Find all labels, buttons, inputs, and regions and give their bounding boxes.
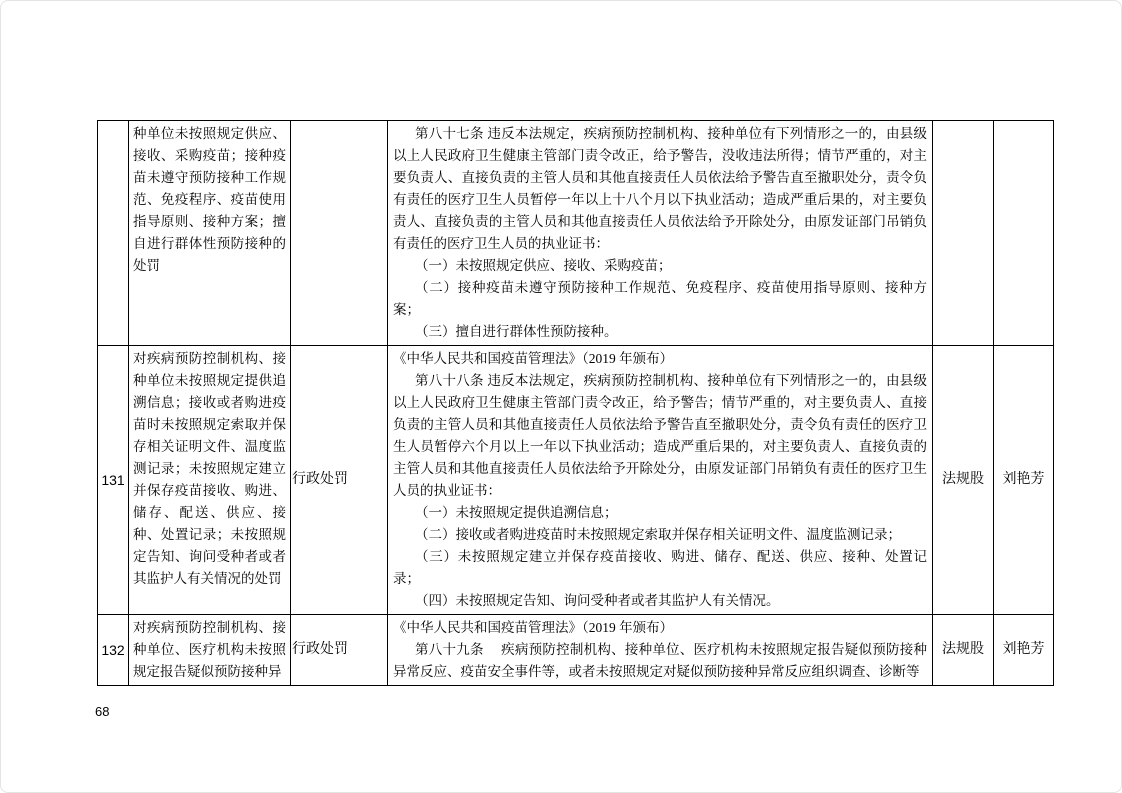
- penalty-table: 种单位未按照规定供应、接收、采购疫苗；接种疫苗未遵守预防接种工作规范、免疫程序、…: [97, 120, 1054, 686]
- legal-basis-paragraph: （三）未按照规定建立并保存疫苗接收、购进、储存、配送、供应、接种、处置记录；: [393, 546, 927, 590]
- person-cell: 刘艳芳: [994, 346, 1054, 615]
- penalty-table-body: 种单位未按照规定供应、接收、采购疫苗；接种疫苗未遵守预防接种工作规范、免疫程序、…: [98, 121, 1054, 686]
- legal-basis-paragraph: （一）未按照规定供应、接收、采购疫苗；: [393, 255, 927, 277]
- legal-basis-cell: 《中华人民共和国疫苗管理法》（2019 年颁布）第八十九条 疾病预防控制机构、接…: [388, 615, 933, 686]
- penalty-type-cell: 行政处罚: [291, 346, 388, 615]
- legal-basis-paragraph: 《中华人民共和国疫苗管理法》（2019 年颁布）: [393, 348, 927, 370]
- legal-basis-paragraph: 第八十七条 违反本法规定，疾病预防控制机构、接种单位有下列情形之一的，由县级以上…: [393, 123, 927, 255]
- violation-cell: 对疾病预防控制机构、接种单位未按照规定提供追溯信息；接收或者购进疫苗时未按照规定…: [129, 346, 291, 615]
- table-row: 种单位未按照规定供应、接收、采购疫苗；接种疫苗未遵守预防接种工作规范、免疫程序、…: [98, 121, 1054, 346]
- department-cell: 法规股: [933, 346, 994, 615]
- department-cell: [933, 121, 994, 346]
- table-row: 131对疾病预防控制机构、接种单位未按照规定提供追溯信息；接收或者购进疫苗时未按…: [98, 346, 1054, 615]
- legal-basis-paragraph: （二）接收或者购进疫苗时未按照规定索取并保存相关证明文件、温度监测记录；: [393, 524, 927, 546]
- department-cell: 法规股: [933, 615, 994, 686]
- violation-cell: 种单位未按照规定供应、接收、采购疫苗；接种疫苗未遵守预防接种工作规范、免疫程序、…: [129, 121, 291, 346]
- seq-cell: 132: [98, 615, 129, 686]
- legal-basis-cell: 《中华人民共和国疫苗管理法》（2019 年颁布）第八十八条 违反本法规定，疾病预…: [388, 346, 933, 615]
- penalty-type-cell: 行政处罚: [291, 615, 388, 686]
- legal-basis-paragraph: （二）接种疫苗未遵守预防接种工作规范、免疫程序、疫苗使用指导原则、接种方案；: [393, 277, 927, 321]
- violation-cell: 对疾病预防控制机构、接种单位、医疗机构未按照规定报告疑似预防接种异: [129, 615, 291, 686]
- legal-basis-paragraph: （四）未按照规定告知、询问受种者或者其监护人有关情况。: [393, 590, 927, 612]
- person-cell: 刘艳芳: [994, 615, 1054, 686]
- legal-basis-paragraph: 《中华人民共和国疫苗管理法》（2019 年颁布）: [393, 617, 927, 639]
- seq-cell: [98, 121, 129, 346]
- person-cell: [994, 121, 1054, 346]
- seq-cell: 131: [98, 346, 129, 615]
- legal-basis-paragraph: （一）未按照规定提供追溯信息；: [393, 502, 927, 524]
- page-number: 68: [95, 704, 109, 719]
- legal-basis-cell: 第八十七条 违反本法规定，疾病预防控制机构、接种单位有下列情形之一的，由县级以上…: [388, 121, 933, 346]
- legal-basis-paragraph: 第八十九条 疾病预防控制机构、接种单位、医疗机构未按照规定报告疑似预防接种异常反…: [393, 639, 927, 683]
- legal-basis-paragraph: （三）擅自进行群体性预防接种。: [393, 321, 927, 343]
- penalty-type-cell: [291, 121, 388, 346]
- table-row: 132对疾病预防控制机构、接种单位、医疗机构未按照规定报告疑似预防接种异行政处罚…: [98, 615, 1054, 686]
- legal-basis-paragraph: 第八十八条 违反本法规定，疾病预防控制机构、接种单位有下列情形之一的，由县级以上…: [393, 370, 927, 502]
